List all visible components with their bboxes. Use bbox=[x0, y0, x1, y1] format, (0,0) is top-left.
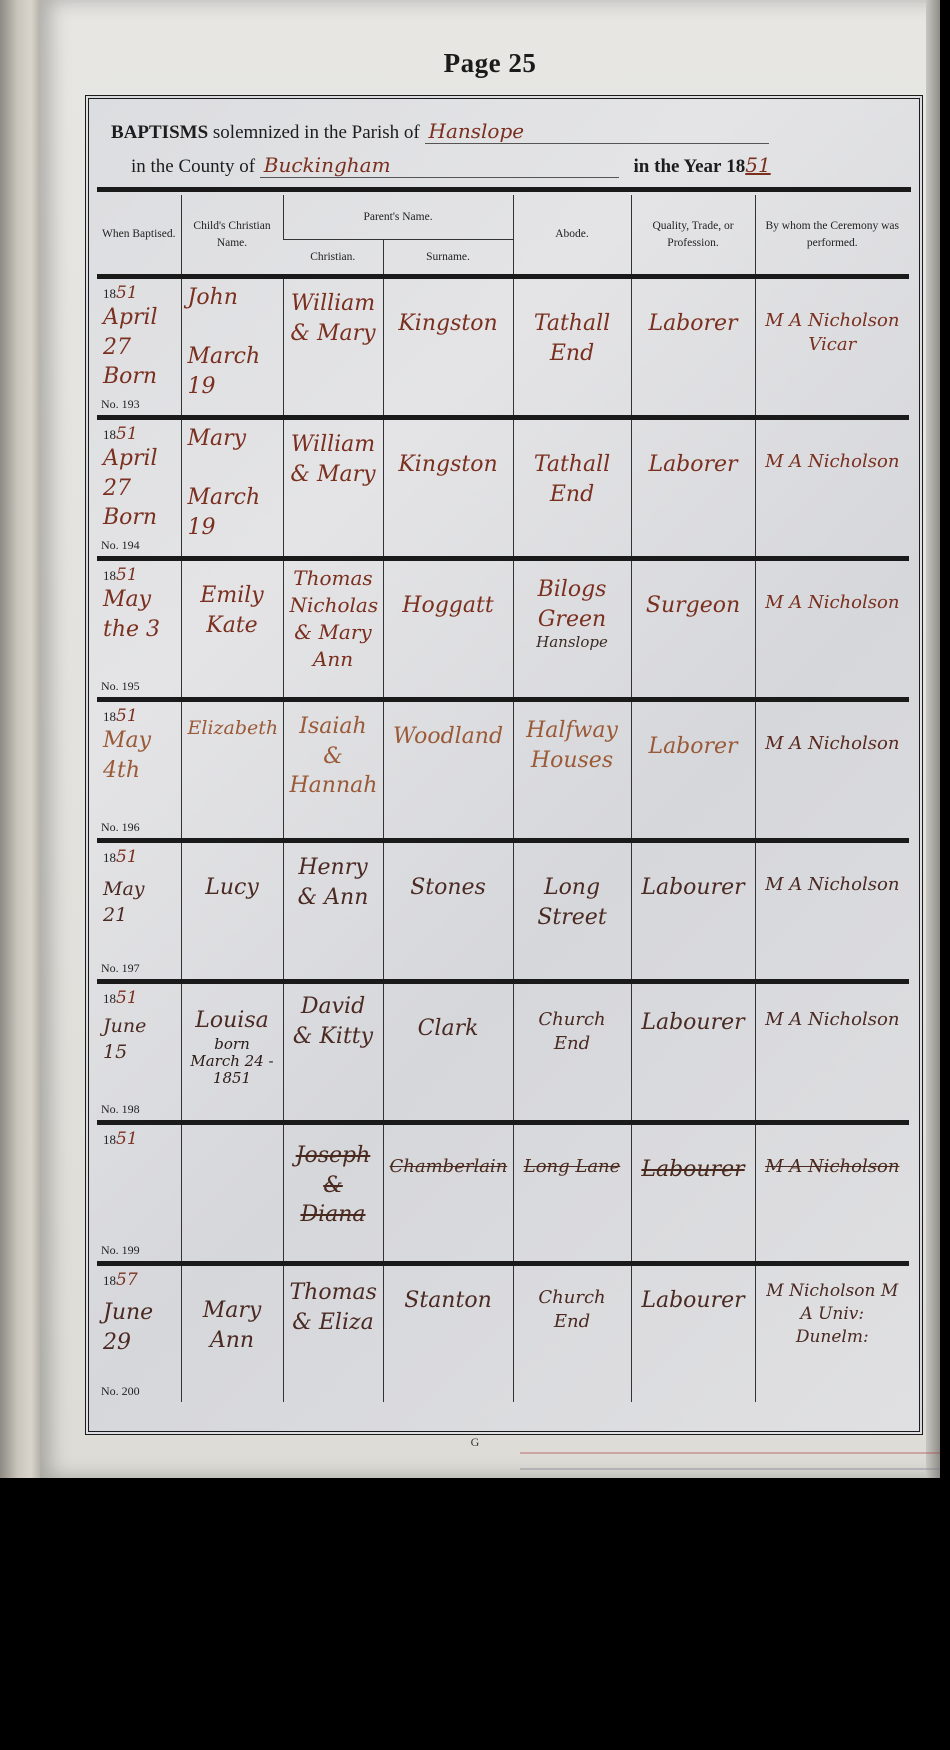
baptism-date: May the 3 bbox=[103, 585, 175, 644]
cell-profession: Labourer bbox=[631, 982, 755, 1123]
cell-parent-christian: William & Mary bbox=[283, 418, 383, 559]
cell-child: Emily Kate bbox=[181, 559, 283, 700]
page-edge bbox=[926, 0, 940, 1478]
cell-surname: Kingston bbox=[383, 277, 513, 418]
title-year-label: in the Year bbox=[634, 156, 722, 177]
cell-child: Mary Ann bbox=[181, 1264, 283, 1403]
year-prefix: 18 bbox=[103, 568, 116, 583]
cell-child: Lucy bbox=[181, 841, 283, 982]
profession: Labourer bbox=[632, 1266, 755, 1402]
cell-surname: Hoggatt bbox=[383, 559, 513, 700]
col-when-baptised: When Baptised. bbox=[97, 195, 181, 277]
abode: Church End bbox=[514, 1266, 631, 1402]
abode: Halfway Houses bbox=[514, 702, 631, 838]
child-name: Elizabeth bbox=[182, 702, 283, 838]
child-name: Mary Ann bbox=[182, 1266, 283, 1402]
cell-profession: Laborer bbox=[631, 277, 755, 418]
year-prefix: 18 bbox=[103, 286, 116, 301]
profession: Laborer bbox=[632, 420, 755, 556]
baptism-register-table: BAPTISMS solemnized in the Parish of Han… bbox=[85, 95, 923, 1435]
profession: Surgeon bbox=[632, 561, 755, 697]
cell-surname: Clark bbox=[383, 982, 513, 1123]
cell-abode: Church End bbox=[513, 1264, 631, 1403]
abode: Long Lane bbox=[514, 1125, 631, 1261]
entry-number: No. 193 bbox=[101, 397, 140, 412]
surname: Stones bbox=[384, 843, 513, 979]
entry-number: No. 197 bbox=[101, 961, 140, 976]
year-hand: 51 bbox=[116, 1129, 138, 1149]
officiant: M A Nicholson bbox=[756, 561, 910, 697]
abode: Church End bbox=[514, 984, 631, 1120]
profession: Labourer bbox=[632, 843, 755, 979]
year-prefix: 18 bbox=[103, 1132, 116, 1147]
cell-officiant: M A Nicholson bbox=[755, 841, 909, 982]
baptism-date: April 27 bbox=[103, 444, 175, 503]
surname: Kingston bbox=[384, 420, 513, 556]
date-note: Born bbox=[103, 362, 175, 392]
year-hand: 51 bbox=[116, 706, 138, 726]
year-prefix: 18 bbox=[103, 1273, 116, 1288]
entry-number: No. 198 bbox=[101, 1102, 140, 1117]
parents-christian: Isaiah & Hannah bbox=[284, 702, 383, 838]
officiant: M A Nicholson Vicar bbox=[756, 279, 910, 415]
col-parents-name: Parent's Name. bbox=[283, 195, 513, 240]
baptism-date: May 21 bbox=[103, 867, 175, 928]
cell-profession: Labourer bbox=[631, 841, 755, 982]
cell-parent-christian: Thomas & Eliza bbox=[283, 1264, 383, 1403]
cell-profession: Laborer bbox=[631, 700, 755, 841]
title-solemnized: solemnized in the Parish of bbox=[213, 122, 420, 143]
county-field: Buckingham bbox=[260, 153, 619, 178]
year-hand: 51 bbox=[116, 283, 138, 303]
profession: Labourer bbox=[632, 1125, 755, 1261]
col-officiant: By whom the Ceremony was performed. bbox=[755, 195, 909, 277]
title-line-county: in the County of Buckingham in the Year … bbox=[131, 153, 911, 178]
page-stack-edge bbox=[520, 1452, 940, 1470]
col-parent-surname: Surname. bbox=[383, 240, 513, 277]
surname: Hoggatt bbox=[384, 561, 513, 697]
book-spine-left-page bbox=[0, 0, 44, 1478]
cell-abode: Long Lane bbox=[513, 1123, 631, 1264]
cell-parent-christian: David & Kitty bbox=[283, 982, 383, 1123]
parents-christian: Thomas & Eliza bbox=[284, 1266, 383, 1402]
cell-surname: Kingston bbox=[383, 418, 513, 559]
cell-child: Elizabeth bbox=[181, 700, 283, 841]
title-line-parish: BAPTISMS solemnized in the Parish of Han… bbox=[111, 119, 769, 144]
parish-field: Hanslope bbox=[425, 119, 769, 144]
child-name bbox=[182, 1125, 283, 1261]
abode: Tathall End bbox=[514, 279, 631, 415]
entry-number: No. 196 bbox=[101, 820, 140, 835]
cell-officiant: M A Nicholson bbox=[755, 418, 909, 559]
child-name: John bbox=[188, 283, 277, 313]
cell-parent-christian: Joseph & Diana bbox=[283, 1123, 383, 1264]
cell-profession: Laborer bbox=[631, 418, 755, 559]
cell-parent-christian: William & Mary bbox=[283, 277, 383, 418]
cell-abode: Tathall End bbox=[513, 277, 631, 418]
abode-note: Hanslope bbox=[520, 634, 625, 651]
baptism-date: June 29 bbox=[103, 1290, 175, 1357]
cell-profession: Labourer bbox=[631, 1123, 755, 1264]
child-name: Louisa bbox=[188, 1006, 277, 1036]
child-name: Lucy bbox=[182, 843, 283, 979]
year-prefix: 18 bbox=[103, 850, 116, 865]
cell-officiant: M A Nicholson bbox=[755, 982, 909, 1123]
entry-number: No. 195 bbox=[101, 679, 140, 694]
cell-surname: Chamberlain bbox=[383, 1123, 513, 1264]
table-row: 1851 May the 3 No. 195 Emily Kate Thomas… bbox=[97, 559, 909, 700]
col-parent-christian: Christian. bbox=[283, 240, 383, 277]
officiant: M A Nicholson bbox=[756, 702, 910, 838]
surname: Woodland bbox=[384, 702, 513, 838]
entry-number: No. 200 bbox=[101, 1384, 140, 1399]
cell-when: 1851 April 27 Born No. 194 bbox=[97, 418, 181, 559]
year-hand: 51 bbox=[116, 565, 138, 585]
date-note: Born bbox=[103, 503, 175, 533]
cell-when: 1851 April 27 Born No. 193 bbox=[97, 277, 181, 418]
year-prefix: 18 bbox=[103, 709, 116, 724]
table-row: 1851 May 4th No. 196 Elizabeth Isaiah & … bbox=[97, 700, 909, 841]
parents-christian: Thomas Nicholas & Mary Ann bbox=[284, 561, 383, 697]
profession: Laborer bbox=[632, 279, 755, 415]
parents-christian: David & Kitty bbox=[284, 984, 383, 1120]
cell-officiant: M A Nicholson bbox=[755, 559, 909, 700]
col-abode: Abode. bbox=[513, 195, 631, 277]
cell-parent-christian: Henry & Ann bbox=[283, 841, 383, 982]
cell-officiant: M A Nicholson bbox=[755, 700, 909, 841]
child-note: born March 24 - 1851 bbox=[188, 1036, 277, 1088]
table-row: 1851 June 15 No. 198 Louisa born March 2… bbox=[97, 982, 909, 1123]
cell-abode: Church End bbox=[513, 982, 631, 1123]
cell-surname: Woodland bbox=[383, 700, 513, 841]
cell-child: John March 19 bbox=[181, 277, 283, 418]
page-number: Page 25 bbox=[40, 48, 940, 79]
table-row: 1851 April 27 Born No. 193 John March 19… bbox=[97, 277, 909, 418]
register-title: BAPTISMS solemnized in the Parish of Han… bbox=[97, 107, 911, 189]
cell-abode: Tathall End bbox=[513, 418, 631, 559]
cell-child: Mary March 19 bbox=[181, 418, 283, 559]
profession: Laborer bbox=[632, 702, 755, 838]
cell-child: Louisa born March 24 - 1851 bbox=[181, 982, 283, 1123]
year-prefix: 18 bbox=[103, 427, 116, 442]
child-note: March 19 bbox=[188, 483, 277, 542]
surname: Clark bbox=[384, 984, 513, 1120]
title-rule bbox=[97, 187, 911, 192]
table-row-struck: 1851 No. 199 Joseph & Diana Chamberlain … bbox=[97, 1123, 909, 1264]
cell-when: 1851 May the 3 No. 195 bbox=[97, 559, 181, 700]
baptism-date: June 15 bbox=[103, 1008, 175, 1065]
officiant: M A Nicholson bbox=[756, 843, 910, 979]
cell-when: 1851 No. 199 bbox=[97, 1123, 181, 1264]
baptism-date: April 27 bbox=[103, 303, 175, 362]
cell-profession: Surgeon bbox=[631, 559, 755, 700]
cell-parent-christian: Isaiah & Hannah bbox=[283, 700, 383, 841]
baptism-date: May 4th bbox=[103, 726, 175, 785]
abode: Long Street bbox=[514, 843, 631, 979]
entry-number: No. 199 bbox=[101, 1243, 140, 1258]
year-prefix: 18 bbox=[103, 991, 116, 1006]
cell-when: 1851 June 15 No. 198 bbox=[97, 982, 181, 1123]
cell-officiant: M Nicholson M A Univ: Dunelm: bbox=[755, 1264, 909, 1403]
cell-when: 1851 May 4th No. 196 bbox=[97, 700, 181, 841]
cell-profession: Labourer bbox=[631, 1264, 755, 1403]
surname: Chamberlain bbox=[384, 1125, 513, 1261]
child-name: Emily Kate bbox=[182, 561, 283, 697]
signature-mark: G bbox=[0, 1435, 950, 1450]
year-hand: 51 bbox=[116, 847, 138, 867]
parents-christian: Joseph & Diana bbox=[284, 1125, 383, 1261]
cell-when: 1851 May 21 No. 197 bbox=[97, 841, 181, 982]
cell-abode: Bilogs Green Hanslope bbox=[513, 559, 631, 700]
parents-christian: Henry & Ann bbox=[284, 843, 383, 979]
col-child-name: Child's Christian Name. bbox=[181, 195, 283, 277]
child-name: Mary bbox=[188, 424, 277, 454]
abode: Tathall End bbox=[514, 420, 631, 556]
cell-surname: Stanton bbox=[383, 1264, 513, 1403]
officiant: M A Nicholson bbox=[756, 420, 910, 556]
title-county-label: in the County of bbox=[131, 156, 255, 177]
year-hand: 51 bbox=[116, 424, 138, 444]
child-note: March 19 bbox=[188, 342, 277, 401]
officiant: M Nicholson M A Univ: Dunelm: bbox=[756, 1266, 910, 1402]
cell-surname: Stones bbox=[383, 841, 513, 982]
cell-abode: Halfway Houses bbox=[513, 700, 631, 841]
abode: Bilogs Green bbox=[520, 575, 625, 634]
year-hand: 57 bbox=[116, 1270, 138, 1290]
year-handwritten: 51 bbox=[745, 153, 770, 177]
officiant: M A Nicholson bbox=[756, 1125, 910, 1261]
cell-abode: Long Street bbox=[513, 841, 631, 982]
cell-child bbox=[181, 1123, 283, 1264]
table-row: 1851 May 21 No. 197 Lucy Henry & Ann Sto… bbox=[97, 841, 909, 982]
title-baptisms: BAPTISMS bbox=[111, 122, 208, 143]
cell-officiant: M A Nicholson bbox=[755, 1123, 909, 1264]
cell-officiant: M A Nicholson Vicar bbox=[755, 277, 909, 418]
parents-christian: William & Mary bbox=[284, 420, 383, 556]
background-black bbox=[0, 1478, 950, 1750]
entry-number: No. 194 bbox=[101, 538, 140, 553]
register-grid: When Baptised. Child's Christian Name. P… bbox=[97, 195, 909, 1402]
col-quality: Quality, Trade, or Profession. bbox=[631, 195, 755, 277]
surname: Kingston bbox=[384, 279, 513, 415]
cell-parent-christian: Thomas Nicholas & Mary Ann bbox=[283, 559, 383, 700]
year-printed: 18 bbox=[726, 156, 745, 178]
year-hand: 51 bbox=[116, 988, 138, 1008]
parents-christian: William & Mary bbox=[284, 279, 383, 415]
surname: Stanton bbox=[384, 1266, 513, 1402]
profession: Labourer bbox=[632, 984, 755, 1120]
table-row: 1857 June 29 No. 200 Mary Ann Thomas & E… bbox=[97, 1264, 909, 1403]
officiant: M A Nicholson bbox=[756, 984, 910, 1120]
table-row: 1851 April 27 Born No. 194 Mary March 19… bbox=[97, 418, 909, 559]
cell-when: 1857 June 29 No. 200 bbox=[97, 1264, 181, 1403]
